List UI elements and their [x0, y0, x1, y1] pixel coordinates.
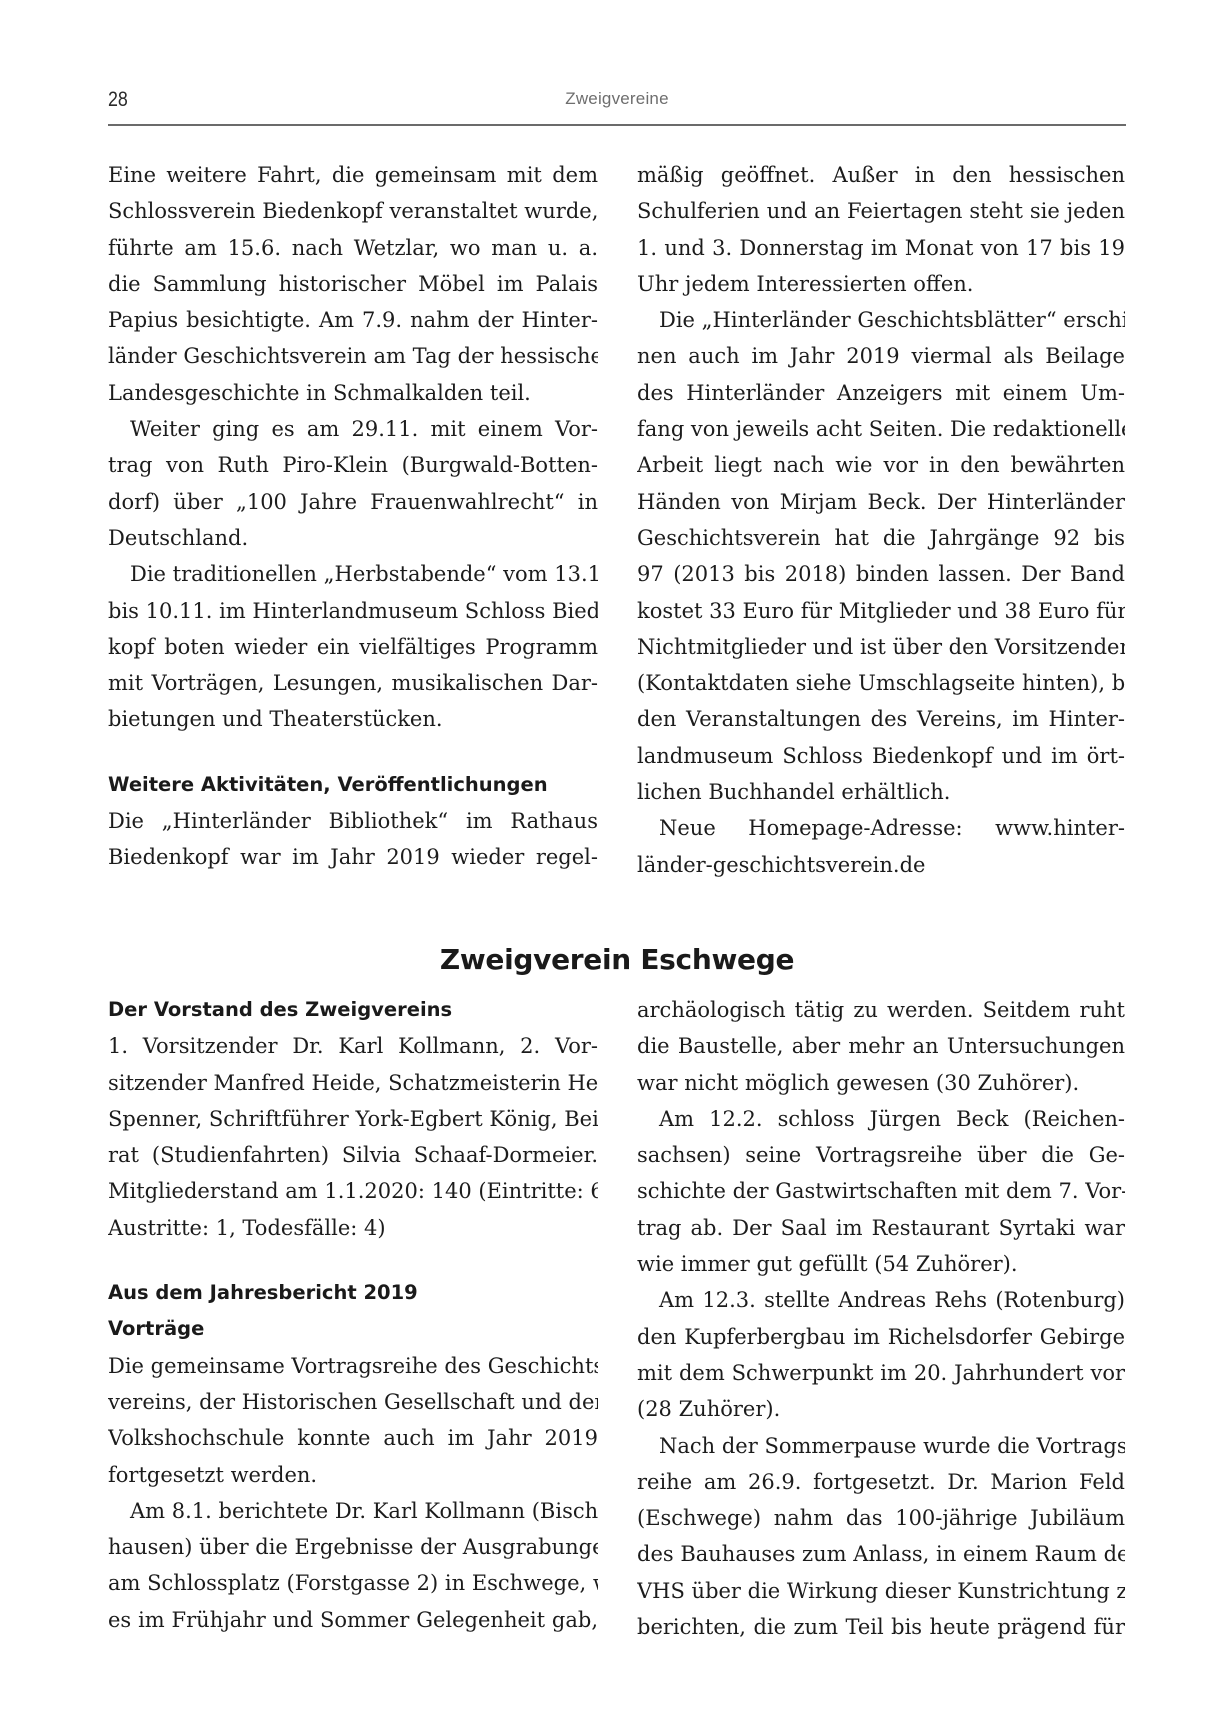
paragraph-lecture-january: Am 8.1. berichtete Dr. Karl Kollmann (Bi… [108, 1493, 598, 1638]
text-line: Nichtmitglieder und ist über den Vorsitz… [637, 629, 1125, 665]
text-line: 97 (2013 bis 2018) binden lassen. Der Ba… [637, 556, 1125, 592]
text-line: sachsen) seine Vortragsreihe über die Ge… [637, 1137, 1125, 1173]
text-line: fortgesetzt werden. [108, 1457, 598, 1493]
text-line: Uhr jedem Interessierten offen. [637, 266, 1125, 302]
text-line: mäßig geöffnet. Außer in den hessischen [637, 157, 1125, 193]
text-line: kopf boten wieder ein vielfältiges Progr… [108, 629, 598, 665]
text-line: Am 8.1. berichtete Dr. Karl Kollmann (Bi… [108, 1493, 598, 1529]
paragraph-bibliothek: Die „Hinterländer Bibliothek“ im Rathaus… [108, 803, 598, 876]
text-line: Schulferien und an Feiertagen steht sie … [637, 193, 1125, 229]
text-line: sitzender Manfred Heide, Schatzmeisterin… [108, 1065, 598, 1101]
paragraph-lecture-january-continued: archäologisch tätig zu werden. Seitdem r… [637, 992, 1125, 1101]
text-line: die Sammlung historischer Möbel im Palai… [108, 266, 598, 302]
eschwege-right-column: archäologisch tätig zu werden. Seitdem r… [637, 992, 1125, 1645]
subheading-board: Der Vorstand des Zweigvereins [108, 992, 598, 1028]
text-line: landmuseum Schloss Biedenkopf und im ört… [637, 738, 1125, 774]
text-line: Nach der Sommerpause wurde die Vortrags- [637, 1428, 1125, 1464]
page-header: 28 Zweigvereine [108, 84, 1126, 120]
paragraph-homepage: Neue Homepage-Adresse: www.hinter- lände… [637, 810, 1125, 883]
text-line: reihe am 26.9. fortgesetzt. Dr. Marion F… [637, 1464, 1125, 1500]
text-line: des Hinterländer Anzeigers mit einem Um- [637, 375, 1125, 411]
subheading-lectures: Vorträge [108, 1311, 598, 1347]
text-line: Die gemeinsame Vortragsreihe des Geschic… [108, 1348, 598, 1384]
text-line: archäologisch tätig zu werden. Seitdem r… [637, 992, 1125, 1028]
paragraph-geschichtsblaetter: Die „Hinterländer Geschichtsblätter“ ers… [637, 302, 1125, 810]
text-line: mit dem Schwerpunkt im 20. Jahrhundert v… [637, 1355, 1125, 1391]
text-line: rat (Studienfahrten) Silvia Schaaf-Dorme… [108, 1137, 598, 1173]
eschwege-left-column: Der Vorstand des Zweigvereins 1. Vorsitz… [108, 992, 598, 1638]
text-line: Papius besichtigte. Am 7.9. nahm der Hin… [108, 302, 598, 338]
text-line: am Schlossplatz (Forstgasse 2) in Eschwe… [108, 1565, 598, 1601]
top-left-column: Eine weitere Fahrt, die gemeinsam mit de… [108, 157, 598, 876]
text-line: dorf) über „100 Jahre Frauenwahlrecht“ i… [108, 484, 598, 520]
text-line: wie immer gut gefüllt (54 Zuhörer). [637, 1246, 1125, 1282]
text-line: berichten, die zum Teil bis heute prägen… [637, 1609, 1125, 1645]
paragraph-lecture-march: Am 12.3. stellte Andreas Rehs (Rotenburg… [637, 1282, 1125, 1427]
text-line: bis 10.11. im Hinterlandmuseum Schloss B… [108, 593, 598, 629]
text-line: trag ab. Der Saal im Restaurant Syrtaki … [637, 1210, 1125, 1246]
text-line: schichte der Gastwirtschaften mit dem 7.… [637, 1173, 1125, 1209]
text-line: länder Geschichtsverein am Tag der hessi… [108, 338, 598, 374]
text-line: 1. Vorsitzender Dr. Karl Kollmann, 2. Vo… [108, 1028, 598, 1064]
text-line: den Kupferbergbau im Richelsdorfer Gebir… [637, 1319, 1125, 1355]
text-line: Landesgeschichte in Schmalkalden teil. [108, 375, 598, 411]
paragraph-excursion-wetzlar: Eine weitere Fahrt, die gemeinsam mit de… [108, 157, 598, 411]
text-line: trag von Ruth Piro-Klein (Burgwald-Botte… [108, 447, 598, 483]
header-divider [108, 124, 1126, 126]
text-line: fang von jeweils acht Seiten. Die redakt… [637, 411, 1125, 447]
text-line: (28 Zuhörer). [637, 1391, 1125, 1427]
text-line: Schlossverein Biedenkopf veranstaltet wu… [108, 193, 598, 229]
text-line: war nicht möglich gewesen (30 Zuhörer). [637, 1065, 1125, 1101]
text-line: Händen von Mirjam Beck. Der Hinterländer [637, 484, 1125, 520]
text-line: vereins, der Historischen Gesellschaft u… [108, 1384, 598, 1420]
text-line: Weiter ging es am 29.11. mit einem Vor- [108, 411, 598, 447]
paragraph-bibliothek-continued: mäßig geöffnet. Außer in den hessischen … [637, 157, 1125, 302]
text-line: bietungen und Theaterstücken. [108, 701, 598, 737]
subheading-annual-report: Aus dem Jahresbericht 2019 [108, 1275, 598, 1311]
text-line: Deutschland. [108, 520, 598, 556]
spacer [108, 738, 598, 767]
text-line: führte am 15.6. nach Wetzlar, wo man u. … [108, 230, 598, 266]
text-line: den Veranstaltungen des Vereins, im Hint… [637, 701, 1125, 737]
text-line: Austritte: 1, Todesfälle: 4) [108, 1210, 598, 1246]
subheading-activities: Weitere Aktivitäten, Veröffentlichungen [108, 767, 598, 803]
text-line: VHS über die Wirkung dieser Kunstrichtun… [637, 1573, 1125, 1609]
paragraph-lectures-intro: Die gemeinsame Vortragsreihe des Geschic… [108, 1348, 598, 1493]
text-line: Die „Hinterländer Bibliothek“ im Rathaus [108, 803, 598, 839]
text-line: Die traditionellen „Herbstabende“ vom 13… [108, 556, 598, 592]
paragraph-herbstabende: Die traditionellen „Herbstabende“ vom 13… [108, 556, 598, 737]
text-line: (Kontaktdaten siehe Umschlagseite hinten… [637, 665, 1125, 701]
spacer [108, 1246, 598, 1275]
section-title: Zweigverein Eschwege [108, 943, 1126, 976]
text-line: lichen Buchhandel erhältlich. [637, 774, 1125, 810]
text-line: nen auch im Jahr 2019 viermal als Beilag… [637, 338, 1125, 374]
paragraph-board-members: 1. Vorsitzender Dr. Karl Kollmann, 2. Vo… [108, 1028, 598, 1246]
text-line: Mitgliederstand am 1.1.2020: 140 (Eintri… [108, 1173, 598, 1209]
paragraph-lecture-september: Nach der Sommerpause wurde die Vortrags-… [637, 1428, 1125, 1646]
homepage-url-line: länder-geschichtsverein.de [637, 847, 1125, 883]
text-line: mit Vorträgen, Lesungen, musikalischen D… [108, 665, 598, 701]
text-line: Am 12.3. stellte Andreas Rehs (Rotenburg… [637, 1282, 1125, 1318]
text-line: kostet 33 Euro für Mitglieder und 38 Eur… [637, 593, 1125, 629]
text-line: es im Frühjahr und Sommer Gelegenheit ga… [108, 1602, 598, 1638]
text-line: Geschichtsverein hat die Jahrgänge 92 bi… [637, 520, 1125, 556]
text-line: 1. und 3. Donnerstag im Monat von 17 bis… [637, 230, 1125, 266]
text-line: des Bauhauses zum Anlass, in einem Raum … [637, 1536, 1125, 1572]
text-line: Volkshochschule konnte auch im Jahr 2019 [108, 1420, 598, 1456]
text-line: Am 12.2. schloss Jürgen Beck (Reichen- [637, 1101, 1125, 1137]
paragraph-lecture-frauenwahlrecht: Weiter ging es am 29.11. mit einem Vor- … [108, 411, 598, 556]
text-line: (Eschwege) nahm das 100-jährige Jubiläum [637, 1500, 1125, 1536]
text-line: hausen) über die Ergebnisse der Ausgrabu… [108, 1529, 598, 1565]
paragraph-lecture-february: Am 12.2. schloss Jürgen Beck (Reichen- s… [637, 1101, 1125, 1282]
text-line: Die „Hinterländer Geschichtsblätter“ ers… [637, 302, 1125, 338]
homepage-url-line: Neue Homepage-Adresse: www.hinter- [637, 810, 1125, 846]
text-line: die Baustelle, aber mehr an Untersuchung… [637, 1028, 1125, 1064]
text-line: Eine weitere Fahrt, die gemeinsam mit de… [108, 157, 598, 193]
top-right-column: mäßig geöffnet. Außer in den hessischen … [637, 157, 1125, 883]
text-line: Spenner, Schriftführer York-Egbert König… [108, 1101, 598, 1137]
text-line: Arbeit liegt nach wie vor in den bewährt… [637, 447, 1125, 483]
running-head: Zweigvereine [108, 89, 1126, 109]
text-line: Biedenkopf war im Jahr 2019 wieder regel… [108, 839, 598, 875]
